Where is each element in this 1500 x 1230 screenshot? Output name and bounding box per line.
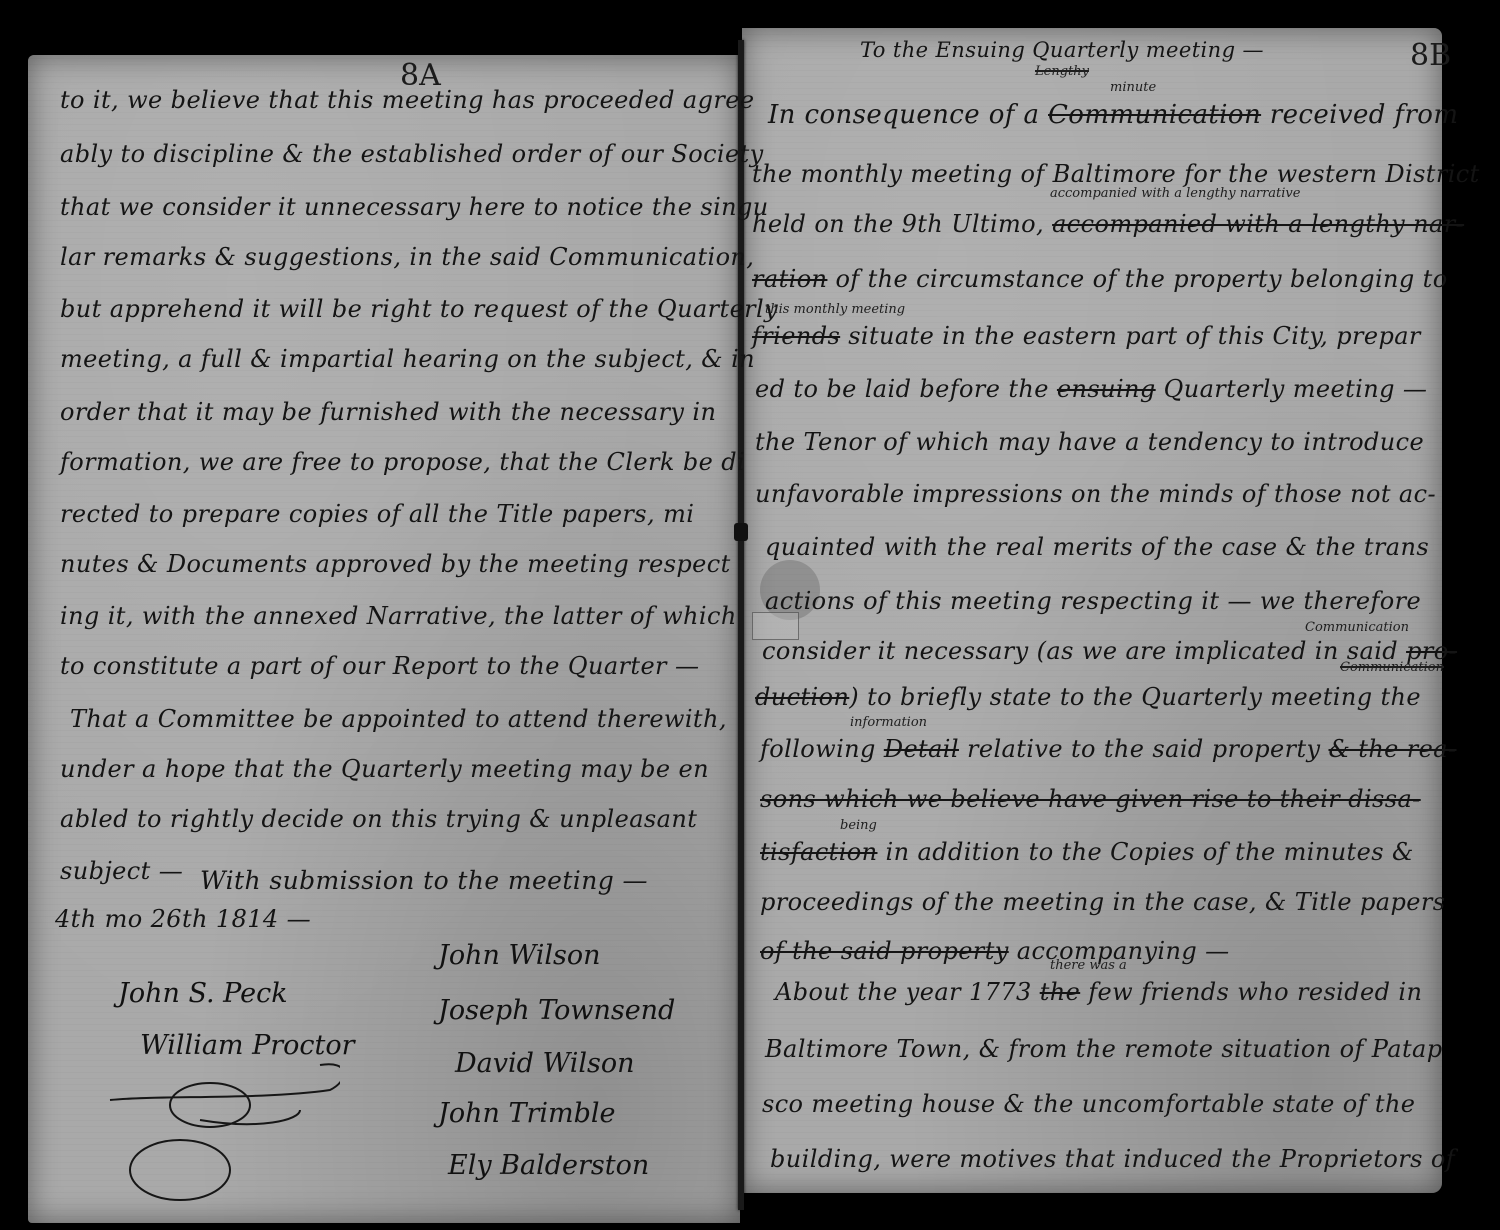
manuscript-line: that we consider it unnecessary here to …	[60, 193, 769, 221]
struck-text: accompanied with a lengthy nar-	[1052, 210, 1464, 238]
interlinear-insertion: accompanied with a lengthy narrative	[1050, 186, 1300, 201]
interlinear-insertion: Communication	[1305, 620, 1409, 635]
manuscript-line: to it, we believe that this meeting has …	[60, 86, 754, 114]
line-text: situate in the eastern part of this City…	[840, 322, 1421, 350]
interlinear-insertion: this monthly meeting	[765, 302, 905, 317]
manuscript-line: meeting, a full & impartial hearing on t…	[60, 345, 755, 373]
manuscript-line: sco meeting house & the uncomfortable st…	[762, 1090, 1415, 1118]
struck-text: ensuing	[1057, 375, 1156, 403]
struck-text: Communication	[1048, 100, 1261, 130]
line-text: of the circumstance of the property belo…	[827, 265, 1447, 293]
manuscript-line: following Detail relative to the said pr…	[760, 735, 1457, 763]
manuscript-line: duction) to briefly state to the Quarter…	[755, 683, 1421, 711]
manuscript-line: tisfaction in addition to the Copies of …	[760, 838, 1414, 866]
manuscript-line: actions of this meeting respecting it — …	[765, 587, 1421, 615]
paper-repair-patch	[752, 612, 799, 640]
interlinear-struck: Lengthy	[1035, 64, 1089, 79]
struck-text: Detail	[884, 735, 959, 763]
manuscript-line: the monthly meeting of Baltimore for the…	[752, 160, 1480, 188]
manuscript-line: That a Committee be appointed to attend …	[70, 705, 727, 733]
manuscript-line: Baltimore Town, & from the remote situat…	[765, 1035, 1443, 1063]
signature: John Trimble	[438, 1098, 616, 1129]
struck-text: duction	[755, 683, 849, 711]
signature-flourish-icon	[100, 1060, 340, 1210]
signature: William Proctor	[140, 1030, 355, 1061]
line-text: following	[760, 735, 884, 763]
manuscript-line: building, were motives that induced the …	[770, 1145, 1455, 1173]
line-text: In consequence of a	[768, 100, 1048, 130]
manuscript-line: order that it may be furnished with the …	[60, 398, 716, 426]
manuscript-line: sons which we believe have given rise to…	[760, 785, 1421, 813]
line-text: Quarterly meeting —	[1156, 375, 1428, 403]
struck-text: & the rea-	[1328, 735, 1456, 763]
manuscript-line: but apprehend it will be right to reques…	[60, 295, 778, 323]
line-text: held on the 9th Ultimo,	[752, 210, 1052, 238]
manuscript-line: quainted with the real merits of the cas…	[765, 533, 1429, 561]
struck-text: ration	[752, 265, 827, 293]
manuscript-line: In consequence of a Communication receiv…	[768, 100, 1458, 130]
signature: Joseph Townsend	[438, 995, 675, 1026]
signature: John S. Peck	[118, 978, 288, 1009]
manuscript-line: formation, we are free to propose, that …	[60, 448, 745, 476]
manuscript-line: unfavorable impressions on the minds of …	[755, 480, 1436, 508]
line-text: in addition to the Copies of the minutes…	[878, 838, 1414, 866]
manuscript-line: abled to rightly decide on this trying &…	[60, 805, 697, 833]
manuscript-line: About the year 1773 the few friends who …	[775, 978, 1422, 1006]
signature: John Wilson	[438, 940, 601, 971]
line-text: few friends who resided in	[1080, 978, 1422, 1006]
manuscript-line: to constitute a part of our Report to th…	[60, 652, 699, 680]
binding-thread-knot	[734, 523, 748, 541]
line-text: received from	[1261, 100, 1458, 130]
manuscript-line: ed to be laid before the ensuing Quarter…	[755, 375, 1427, 403]
manuscript-line: ing it, with the annexed Narrative, the …	[60, 602, 737, 630]
document-date: 4th mo 26th 1814 —	[55, 905, 311, 933]
manuscript-line: ably to discipline & the established ord…	[60, 140, 764, 168]
manuscript-line: under a hope that the Quarterly meeting …	[60, 755, 709, 783]
manuscript-line: ration of the circumstance of the proper…	[752, 265, 1448, 293]
line-text: relative to the said property	[959, 735, 1329, 763]
struck-text: tisfaction	[760, 838, 878, 866]
struck-text: the	[1040, 978, 1081, 1006]
manuscript-line: the Tenor of which may have a tendency t…	[755, 428, 1424, 456]
address-heading: To the Ensuing Quarterly meeting —	[860, 38, 1264, 62]
line-text: consider it necessary (as we are implica…	[762, 637, 1406, 665]
manuscript-line: subject —	[60, 857, 183, 885]
closing-salutation: With submission to the meeting —	[200, 866, 648, 895]
manuscript-line: of the said property accompanying —	[760, 937, 1230, 965]
struck-text: sons which we believe have given rise to…	[760, 785, 1421, 813]
interlinear-insertion: minute	[1110, 80, 1156, 95]
interlinear-insertion: information	[850, 715, 927, 730]
manuscript-line: nutes & Documents approved by the meetin…	[60, 550, 731, 578]
interlinear-struck: Communication	[1340, 660, 1444, 675]
struck-text: of the said property	[760, 937, 1009, 965]
manuscript-line: lar remarks & suggestions, in the said C…	[60, 243, 754, 271]
manuscript-line: held on the 9th Ultimo, accompanied with…	[752, 210, 1464, 238]
line-text: ed to be laid before the	[755, 375, 1057, 403]
manuscript-line: friends situate in the eastern part of t…	[752, 322, 1421, 350]
signature: Ely Balderston	[448, 1150, 649, 1181]
manuscript-line: rected to prepare copies of all the Titl…	[60, 500, 694, 528]
interlinear-insertion: there was a	[1050, 958, 1127, 973]
struck-text: friends	[752, 322, 840, 350]
line-text: About the year 1773	[775, 978, 1040, 1006]
interlinear-insertion: being	[840, 818, 877, 833]
signature: David Wilson	[455, 1048, 635, 1079]
manuscript-line: proceedings of the meeting in the case, …	[760, 888, 1445, 916]
folio-number-right: 8B	[1410, 38, 1451, 73]
line-text: ) to briefly state to the Quarterly meet…	[849, 683, 1421, 711]
